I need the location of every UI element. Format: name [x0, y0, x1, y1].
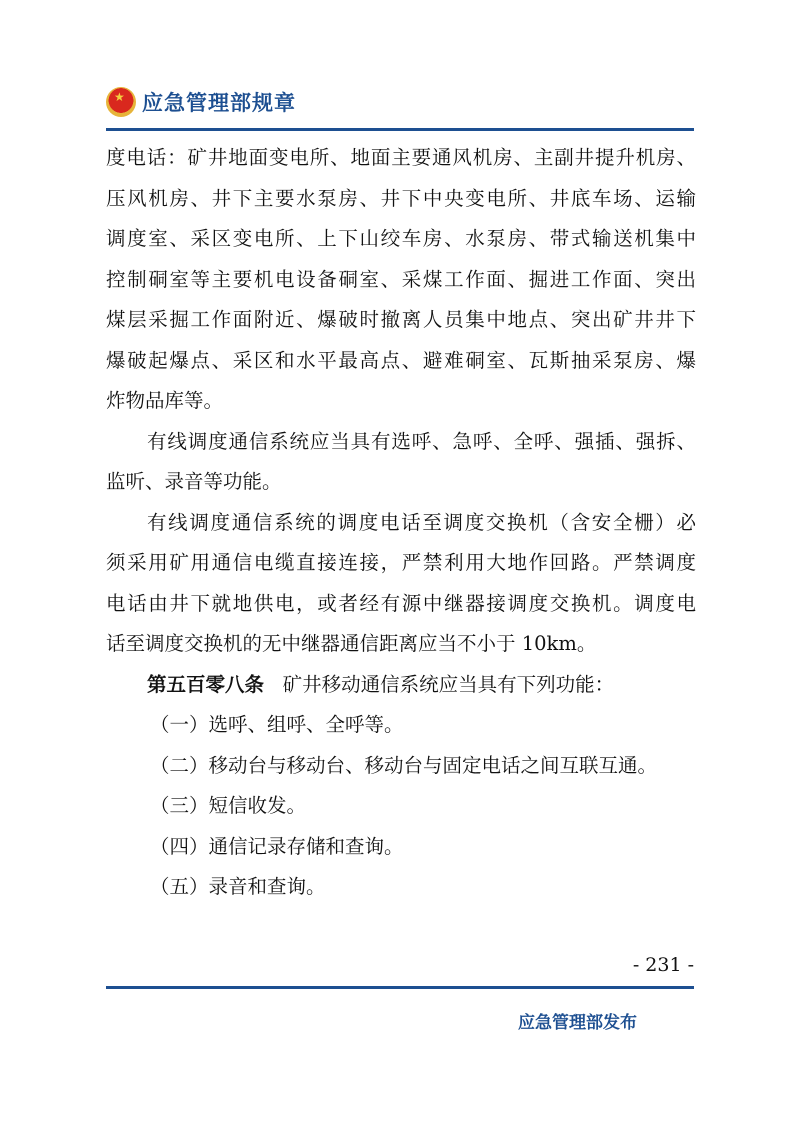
footer-publisher: 应急管理部发布 — [518, 1008, 637, 1033]
page-number: - 231 - — [620, 954, 694, 976]
list-item: （四）通信记录存储和查询。 — [106, 827, 696, 868]
text-line: 话至调度交换机的无中继器通信距离应当不小于 10km。 — [106, 624, 696, 665]
text-line: 监听、录音等功能。 — [106, 462, 696, 503]
article-number: 第五百零八条 — [147, 673, 264, 696]
header-title: 应急管理部规章 — [142, 87, 296, 117]
list-item: （二）移动台与移动台、移动台与固定电话之间互联互通。 — [106, 746, 696, 787]
text-line: 须采用矿用通信电缆直接连接，严禁利用大地作回路。严禁调度 — [106, 543, 696, 584]
page-header: 应急管理部规章 — [106, 84, 296, 120]
text-line: 调度室、采区变电所、上下山绞车房、水泵房、带式输送机集中 — [106, 219, 696, 260]
national-emblem-icon — [106, 87, 136, 117]
article-text: 矿井移动通信系统应当具有下列功能： — [283, 673, 615, 696]
list-item: （五）录音和查询。 — [106, 867, 696, 908]
text-line: 压风机房、井下主要水泵房、井下中央变电所、井底车场、运输 — [106, 179, 696, 220]
text-line: 炸物品库等。 — [106, 381, 696, 422]
text-line: 爆破起爆点、采区和水平最高点、避难硐室、瓦斯抽采泵房、爆 — [106, 341, 696, 382]
text-line: 有线调度通信系统的调度电话至调度交换机（含安全栅）必 — [106, 503, 696, 544]
text-line: 电话由井下就地供电，或者经有源中继器接调度交换机。调度电 — [106, 584, 696, 625]
text-line: 控制硐室等主要机电设备硐室、采煤工作面、掘进工作面、突出 — [106, 260, 696, 301]
document-body: 度电话：矿井地面变电所、地面主要通风机房、主副井提升机房、 压风机房、井下主要水… — [106, 138, 696, 908]
header-divider — [106, 128, 694, 131]
list-item: （三）短信收发。 — [106, 786, 696, 827]
text-line: 有线调度通信系统应当具有选呼、急呼、全呼、强插、强拆、 — [106, 422, 696, 463]
text-line: 煤层采掘工作面附近、爆破时撤离人员集中地点、突出矿井井下 — [106, 300, 696, 341]
article-heading: 第五百零八条 矿井移动通信系统应当具有下列功能： — [106, 665, 696, 706]
list-item: （一）选呼、组呼、全呼等。 — [106, 705, 696, 746]
footer-divider — [106, 986, 694, 989]
text-line: 度电话：矿井地面变电所、地面主要通风机房、主副井提升机房、 — [106, 138, 696, 179]
